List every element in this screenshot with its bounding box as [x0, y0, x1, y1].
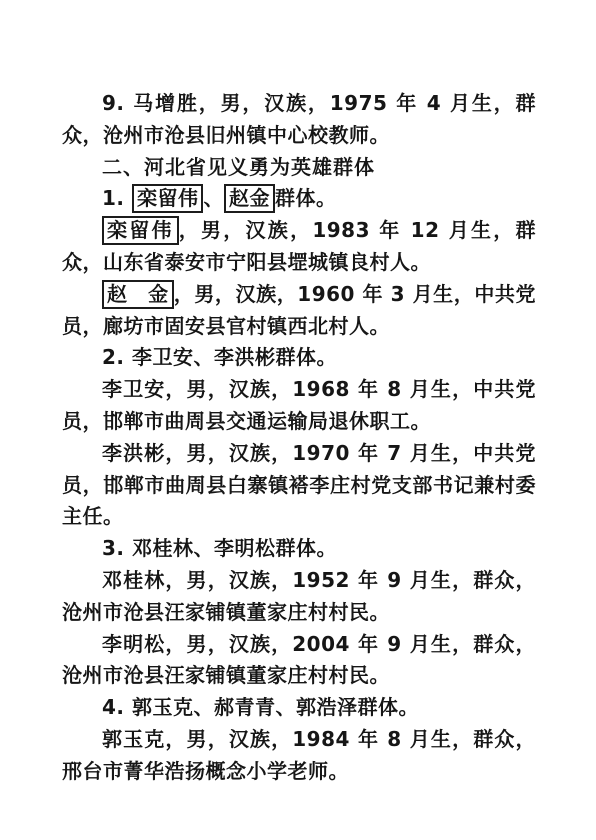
paragraph: 邓桂林，男，汉族，1952 年 9 月生，群众，沧州市沧县汪家铺镇董家庄村村民。 — [62, 565, 536, 629]
boxed-name: 赵 金 — [102, 280, 174, 309]
text-segment: 郭玉克，男，汉族，1984 年 8 月生，群众，邢台市菁华浩扬概念小学老师。 — [62, 727, 536, 783]
text-segment: 二、河北省见义勇为英雄群体 — [102, 155, 375, 179]
boxed-name: 赵金 — [224, 184, 275, 213]
paragraph: 9. 马增胜，男，汉族，1975 年 4 月生，群众，沧州市沧县旧州镇中心校教师… — [62, 88, 536, 152]
text-segment: 3. 邓桂林、李明松群体。 — [102, 536, 337, 560]
paragraph: 2. 李卫安、李洪彬群体。 — [62, 342, 536, 374]
paragraph: 郭玉克，男，汉族，1984 年 8 月生，群众，邢台市菁华浩扬概念小学老师。 — [62, 724, 536, 788]
paragraph: 栾留伟，男，汉族，1983 年 12 月生，群众，山东省泰安市宁阳县堽城镇良村人… — [62, 215, 536, 279]
text-segment: 2. 李卫安、李洪彬群体。 — [102, 345, 337, 369]
text-segment: 、 — [203, 186, 224, 210]
boxed-name: 栾留伟 — [102, 216, 179, 245]
boxed-name: 栾留伟 — [132, 184, 204, 213]
text-segment: 李洪彬，男，汉族，1970 年 7 月生，中共党员，邯郸市曲周县白寨镇褡李庄村党… — [62, 441, 536, 529]
text-segment: 邓桂林，男，汉族，1952 年 9 月生，群众，沧州市沧县汪家铺镇董家庄村村民。 — [62, 568, 536, 624]
text-segment: 李明松，男，汉族，2004 年 9 月生，群众，沧州市沧县汪家铺镇董家庄村村民。 — [62, 632, 536, 688]
text-segment: 李卫安，男，汉族，1968 年 8 月生，中共党员，邯郸市曲周县交通运输局退休职… — [62, 377, 536, 433]
document-text-block: 9. 马增胜，男，汉族，1975 年 4 月生，群众，沧州市沧县旧州镇中心校教师… — [62, 88, 536, 788]
paragraph: 李卫安，男，汉族，1968 年 8 月生，中共党员，邯郸市曲周县交通运输局退休职… — [62, 374, 536, 438]
paragraph: 4. 郭玉克、郝青青、郭浩泽群体。 — [62, 692, 536, 724]
text-segment: 4. 郭玉克、郝青青、郭浩泽群体。 — [102, 695, 419, 719]
paragraph: 赵 金，男，汉族，1960 年 3 月生，中共党员，廊坊市固安县官村镇西北村人。 — [62, 279, 536, 343]
paragraph: 3. 邓桂林、李明松群体。 — [62, 533, 536, 565]
text-segment: 9. 马增胜，男，汉族，1975 年 4 月生，群众，沧州市沧县旧州镇中心校教师… — [62, 91, 536, 147]
paragraph: 李洪彬，男，汉族，1970 年 7 月生，中共党员，邯郸市曲周县白寨镇褡李庄村党… — [62, 438, 536, 533]
text-segment: 群体。 — [275, 186, 337, 210]
section-heading: 二、河北省见义勇为英雄群体 — [62, 152, 536, 184]
paragraph: 李明松，男，汉族，2004 年 9 月生，群众，沧州市沧县汪家铺镇董家庄村村民。 — [62, 629, 536, 693]
paragraph: 1. 栾留伟、赵金群体。 — [62, 183, 536, 215]
text-segment: 1. — [102, 186, 132, 210]
document-page: 9. 马增胜，男，汉族，1975 年 4 月生，群众，沧州市沧县旧州镇中心校教师… — [0, 0, 596, 840]
